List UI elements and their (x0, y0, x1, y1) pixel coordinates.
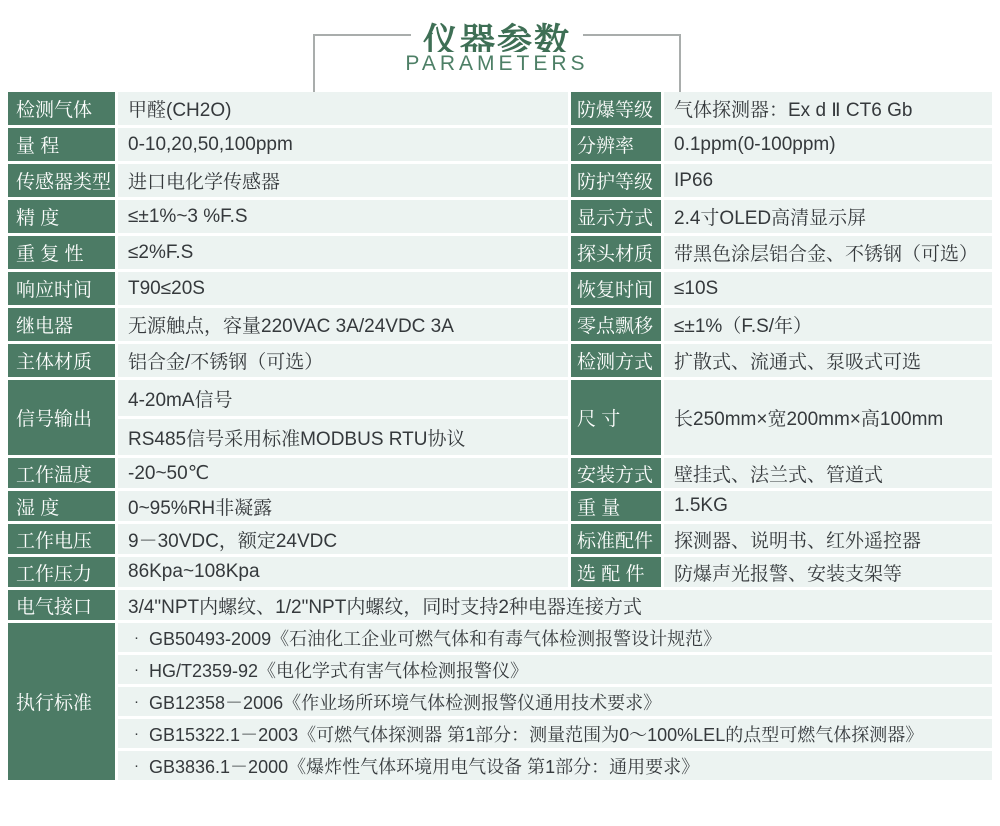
spec-label-detect-gas: 检测气体 (8, 92, 115, 125)
spec-value-display: 2.4寸OLED高清显示屏 (664, 200, 992, 233)
spec-value-humidity: 0~95%RH非凝露 (118, 491, 568, 521)
spec-value-response-time: T90≤20S (118, 272, 568, 305)
spec-value-detection-mode: 扩散式、流通式、泵吸式可选 (664, 344, 992, 377)
spec-value-mounting: 壁挂式、法兰式、管道式 (664, 458, 992, 488)
page-header: 仪器参数 PARAMETERS (0, 0, 1000, 92)
spec-label-body-material: 主体材质 (8, 344, 115, 377)
spec-value-dimensions: 长250mm×宽200mm×高100mm (664, 380, 992, 455)
spec-value-repeatability: ≤2%F.S (118, 236, 568, 269)
spec-label-mounting: 安装方式 (571, 458, 661, 488)
spec-label-sensor-type: 传感器类型 (8, 164, 115, 197)
standard-item: · GB12358－2006《作业场所环境气体检测报警仪通用技术要求》 (118, 687, 992, 716)
spec-value-operating-voltage: 9－30VDC，额定24VDC (118, 524, 568, 554)
bullet-icon: · (134, 757, 139, 774)
spec-label-humidity: 湿 度 (8, 491, 115, 521)
spec-label-resolution: 分辨率 (571, 128, 661, 161)
spec-value-resolution: 0.1ppm(0-100ppm) (664, 128, 992, 161)
page-subtitle: PARAMETERS (395, 52, 598, 76)
spec-value-standard-accessories: 探测器、说明书、红外遥控器 (664, 524, 992, 554)
spec-value-optional-accessories: 防爆声光报警、安装支架等 (664, 557, 992, 587)
standard-item: · GB15322.1－2003《可燃气体探测器 第1部分：测量范围为0～100… (118, 719, 992, 748)
bullet-icon: · (134, 725, 139, 742)
spec-label-display: 显示方式 (571, 200, 661, 233)
spec-label-probe-material: 探头材质 (571, 236, 661, 269)
spec-label-weight: 重 量 (571, 491, 661, 521)
spec-label-repeatability: 重 复 性 (8, 236, 115, 269)
standard-item-text: GB50493-2009《石油化工企业可燃气体和有毒气体检测报警设计规范》 (149, 625, 721, 651)
standard-item-text: GB15322.1－2003《可燃气体探测器 第1部分：测量范围为0～100%L… (149, 721, 923, 747)
spec-label-protection-rating: 防护等级 (571, 164, 661, 197)
standard-item-text: HG/T2359-92《电化学式有害气体检测报警仪》 (149, 657, 528, 683)
spec-value-relay: 无源触点，容量220VAC 3A/24VDC 3A (118, 308, 568, 341)
spec-value-recovery-time: ≤10S (664, 272, 992, 305)
spec-value-protection-rating: IP66 (664, 164, 992, 197)
spec-label-standards: 执行标准 (8, 623, 115, 780)
spec-value-accuracy: ≤±1%~3 %F.S (118, 200, 568, 233)
spec-value-explosion-rating: 气体探测器：Ex d Ⅱ CT6 Gb (664, 92, 992, 125)
spec-label-detection-mode: 检测方式 (571, 344, 661, 377)
spec-value-zero-drift: ≤±1%（F.S/年） (664, 308, 992, 341)
spec-label-standard-accessories: 标准配件 (571, 524, 661, 554)
spec-label-recovery-time: 恢复时间 (571, 272, 661, 305)
spec-value-electrical-port: 3/4"NPT内螺纹、1/2"NPT内螺纹，同时支持2种电器连接方式 (118, 590, 992, 620)
spec-value-sensor-type: 进口电化学传感器 (118, 164, 568, 197)
spec-value-signal-output-line1: 4-20mA信号 (118, 380, 568, 416)
spec-label-explosion-rating: 防爆等级 (571, 92, 661, 125)
spec-label-dimensions: 尺 寸 (571, 380, 661, 455)
spec-label-operating-temperature: 工作温度 (8, 458, 115, 488)
bullet-icon: · (134, 629, 139, 646)
standard-item: · GB50493-2009《石油化工企业可燃气体和有毒气体检测报警设计规范》 (118, 623, 992, 652)
standard-item: · HG/T2359-92《电化学式有害气体检测报警仪》 (118, 655, 992, 684)
spec-label-operating-pressure: 工作压力 (8, 557, 115, 587)
spec-value-range: 0-10,20,50,100ppm (118, 128, 568, 161)
spec-label-electrical-port: 电气接口 (8, 590, 115, 620)
spec-label-range: 量 程 (8, 128, 115, 161)
spec-value-operating-pressure: 86Kpa~108Kpa (118, 557, 568, 587)
bullet-icon: · (134, 693, 139, 710)
standard-item-text: GB3836.1－2000《爆炸性气体环境用电气设备 第1部分：通用要求》 (149, 753, 699, 779)
spec-label-accuracy: 精 度 (8, 200, 115, 233)
spec-label-optional-accessories: 选 配 件 (571, 557, 661, 587)
spec-value-weight: 1.5KG (664, 491, 992, 521)
spec-label-response-time: 响应时间 (8, 272, 115, 305)
spec-value-probe-material: 带黑色涂层铝合金、不锈钢（可选） (664, 236, 992, 269)
spec-value-signal-output-line2: RS485信号采用标准MODBUS RTU协议 (118, 419, 568, 455)
spec-label-signal-output: 信号输出 (8, 380, 115, 455)
spec-value-detect-gas: 甲醛(CH2O) (118, 92, 568, 125)
standard-item: · GB3836.1－2000《爆炸性气体环境用电气设备 第1部分：通用要求》 (118, 751, 992, 780)
spec-label-relay: 继电器 (8, 308, 115, 341)
spec-label-operating-voltage: 工作电压 (8, 524, 115, 554)
bullet-icon: · (134, 661, 139, 678)
spec-value-body-material: 铝合金/不锈钢（可选） (118, 344, 568, 377)
spec-label-zero-drift: 零点飘移 (571, 308, 661, 341)
spec-value-operating-temperature: -20~50℃ (118, 458, 568, 488)
standard-item-text: GB12358－2006《作业场所环境气体检测报警仪通用技术要求》 (149, 689, 661, 715)
spec-table: 检测气体 甲醛(CH2O) 防爆等级 气体探测器：Ex d Ⅱ CT6 Gb 量… (8, 92, 992, 780)
